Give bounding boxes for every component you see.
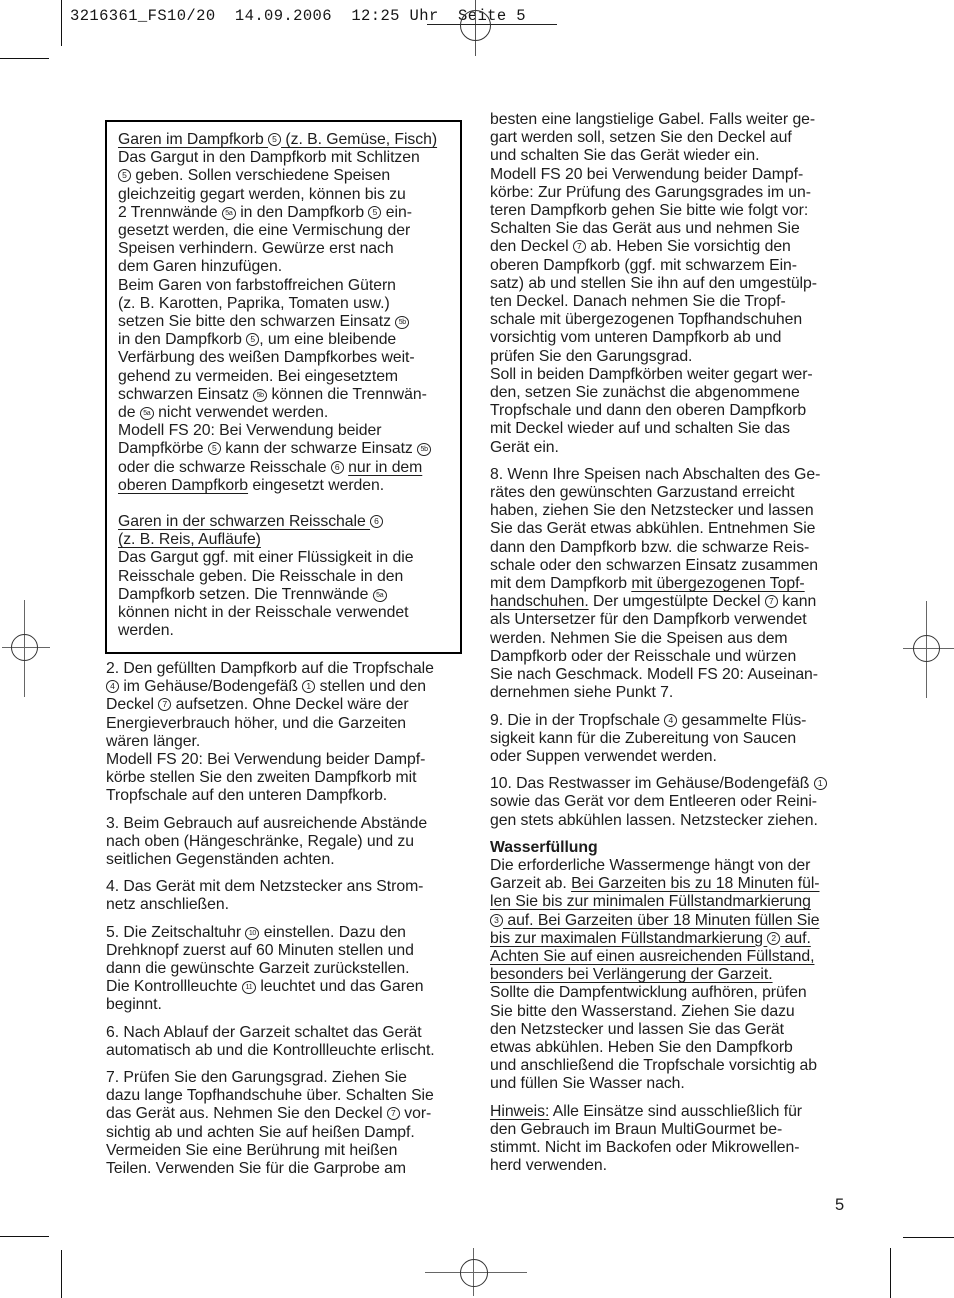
step-3: 3. Beim Gebrauch auf ausreichende Abstän… bbox=[106, 815, 478, 870]
step-2: 2. Den gefüllten Dampfkorb auf die Tropf… bbox=[106, 660, 478, 806]
text-segment: Achten Sie auf einen ausreichenden Fülls… bbox=[490, 948, 814, 965]
text-segment: Sollte die Dampfentwicklung aufhören, pr… bbox=[490, 984, 807, 1001]
text-segment: Sie das Gerät etwas abkühlen. Entnehmen … bbox=[490, 520, 815, 537]
text-segment: Soll in beiden Dampfkörben weiter gegart… bbox=[490, 366, 813, 383]
step-7-continuation: besten eine langstielige Gabel. Falls we… bbox=[490, 111, 868, 457]
text-segment: besonders bei Verlängerung der Garzeit. bbox=[490, 966, 773, 983]
ref-marker-6-icon: 6 bbox=[331, 461, 344, 474]
text-segment: körbe stellen Sie den zweiten Dampfkorb … bbox=[106, 769, 416, 786]
box-section-dampfkorb: Garen im Dampfkorb 5 (z. B. Gemüse, Fisc… bbox=[118, 131, 449, 495]
text-segment: werden. bbox=[118, 622, 174, 639]
text-segment: automatisch ab und die Kontrollleuchte e… bbox=[106, 1042, 435, 1059]
text-segment: len Sie bis zur minimalen Füllstandmarki… bbox=[490, 893, 811, 910]
text-segment: vorsichtig vom unteren Dampfkorb ab und bbox=[490, 329, 781, 346]
text-segment: Dampfkörbe bbox=[118, 440, 208, 457]
text-segment: sigkeit kann für die Zubereitung von Sau… bbox=[490, 730, 796, 747]
text-segment: Sie nach Geschmack. Modell FS 20: Ausein… bbox=[490, 666, 818, 683]
text-segment: besten eine langstielige Gabel. Falls we… bbox=[490, 111, 815, 128]
step-6: 6. Nach Ablauf der Garzeit schaltet das … bbox=[106, 1024, 478, 1060]
text-segment: ab. Heben Sie vorsichtig den bbox=[586, 238, 791, 255]
text-segment: gart werden soll, setzen Sie den Deckel … bbox=[490, 129, 792, 146]
registration-circle-right-icon bbox=[913, 635, 940, 662]
text-segment: oder Suppen verwendet werden. bbox=[490, 748, 717, 765]
text-segment: Tropfschale und dann den oberen Dampfkor… bbox=[490, 402, 806, 419]
text-segment: mit dem Dampfkorb bbox=[490, 575, 631, 592]
text-segment: Garen in der schwarzen Reisschale bbox=[118, 513, 370, 530]
step-8: 8. Wenn Ihre Speisen nach Abschalten des… bbox=[490, 466, 868, 703]
text-segment: (z. B. Gemüse, Fisch) bbox=[281, 131, 437, 148]
text-segment: seitlichen Gegenständen achten. bbox=[106, 851, 335, 868]
text-segment: das Gerät aus. Nehmen Sie den Deckel bbox=[106, 1105, 387, 1122]
ref-marker-5-icon: 5 bbox=[368, 206, 381, 219]
text-segment: Die erforderliche Wassermenge hängt von … bbox=[490, 857, 810, 874]
text-segment: können nicht in der Reisschale verwendet bbox=[118, 604, 408, 621]
text-segment: rätes den gewünschten Garzustand erreich… bbox=[490, 484, 794, 501]
text-segment: Alle Einsätze sind ausschließlich für bbox=[549, 1103, 802, 1120]
registration-mark-top-horizontal bbox=[427, 24, 557, 25]
registration-circle-bottom-icon bbox=[460, 1259, 488, 1287]
text-segment: 2 Trennwände bbox=[118, 204, 222, 221]
text-segment: Sie bitte den Wasserstand. Ziehen Sie da… bbox=[490, 1003, 795, 1020]
text-segment: kann der schwarze Einsatz bbox=[221, 440, 417, 457]
text-segment: körbe: Zur Prüfung des Garungsgrades im … bbox=[490, 184, 811, 201]
text-segment: gleichzeitig gegart werden, können bis z… bbox=[118, 186, 406, 203]
text-segment: Der umgestülpte Deckel bbox=[589, 593, 765, 610]
text-segment: den Gebrauch im Braun MultiGourmet be- bbox=[490, 1121, 782, 1138]
text-segment: Garen im Dampfkorb bbox=[118, 131, 268, 148]
text-segment: Die Kontrollleuchte bbox=[106, 978, 242, 995]
text-segment: Schalten Sie das Gerät aus und nehmen Si… bbox=[490, 220, 800, 237]
text-segment: leuchtet und das Garen bbox=[256, 978, 423, 995]
text-segment: ten Deckel. Danach nehmen Sie die Tropf- bbox=[490, 293, 786, 310]
text-segment: 7. Prüfen Sie den Garungsgrad. Ziehen Si… bbox=[106, 1069, 407, 1086]
text-segment: nach oben (Hängeschränke, Regale) und zu bbox=[106, 833, 414, 850]
text-segment: 5. Die Zeitschaltuhr bbox=[106, 924, 245, 941]
text-segment: Dampfkorb setzen. Die Trennwände bbox=[118, 586, 373, 603]
text-segment: Drehknopf zuerst auf 60 Minuten stellen … bbox=[106, 942, 414, 959]
text-segment: teren Dampfkorb gehen Sie bitte wie folg… bbox=[490, 202, 808, 219]
text-segment: handschuhen. bbox=[490, 593, 589, 610]
text-segment: in den Dampfkorb bbox=[118, 331, 246, 348]
text-segment: Speisen verhindern. Gewürze erst nach bbox=[118, 240, 394, 257]
manual-page: 3216361_FS10/20 14.09.2006 12:25 Uhr Sei… bbox=[0, 0, 954, 1298]
ref-marker-5b-icon: 5b bbox=[417, 443, 431, 456]
step-7: 7. Prüfen Sie den Garungsgrad. Ziehen Si… bbox=[106, 1069, 478, 1178]
text-segment: auf. Bei Garzeiten über 18 Minuten fülle… bbox=[503, 912, 819, 929]
text-segment: (z. B. Karotten, Paprika, Tomaten usw.) bbox=[118, 295, 390, 312]
proof-header: 3216361_FS10/20 14.09.2006 12:25 Uhr Sei… bbox=[70, 7, 526, 25]
text-segment: und schalten Sie das Gerät wieder ein. bbox=[490, 147, 759, 164]
text-segment: stimmt. Nicht im Backofen oder Mikrowell… bbox=[490, 1139, 799, 1156]
text-segment: Beim Garen von farbstoffreichen Gütern bbox=[118, 277, 396, 294]
box-section-reisschale: Garen in der schwarzen Reisschale 6(z. B… bbox=[118, 513, 449, 640]
text-segment: aufsetzen. Ohne Deckel wäre der bbox=[171, 696, 408, 713]
text-segment: Verfärbung des weißen Dampfkorbes weit- bbox=[118, 349, 415, 366]
text-segment: und anschließend die Tropfschale vorsich… bbox=[490, 1057, 817, 1074]
text-segment: Modell FS 20: Bei Verwendung beider Damp… bbox=[106, 751, 425, 768]
text-segment: Hinweis: bbox=[490, 1103, 549, 1120]
ref-marker-5-icon: 5 bbox=[118, 169, 131, 182]
text-segment: einstellen. Dazu den bbox=[259, 924, 405, 941]
ref-marker-4-icon: 4 bbox=[664, 714, 677, 727]
step-9: 9. Die in der Tropfschale 4 gesammelte F… bbox=[490, 712, 868, 767]
text-segment: dem Garen hinzufügen. bbox=[118, 258, 282, 275]
text-segment: 8. Wenn Ihre Speisen nach Abschalten des… bbox=[490, 466, 820, 483]
text-segment: mit übergezogenen Topf- bbox=[631, 575, 804, 592]
text-segment: dernehmen siehe Punkt 7. bbox=[490, 684, 673, 701]
registration-circle-left-icon bbox=[11, 634, 38, 661]
text-segment: stellen und den bbox=[315, 678, 426, 695]
text-segment: den Deckel bbox=[490, 238, 573, 255]
text-segment: beginnt. bbox=[106, 996, 162, 1013]
text-segment: prüfen Sie den Garungsgrad. bbox=[490, 348, 692, 365]
text-segment: gesammelte Flüs- bbox=[677, 712, 806, 729]
ref-marker-5a-icon: 5a bbox=[373, 589, 387, 602]
text-segment: Das Gargut in den Dampfkorb mit Schlitze… bbox=[118, 149, 420, 166]
ref-marker-5a-icon: 5a bbox=[140, 407, 154, 420]
text-segment: de bbox=[118, 404, 140, 421]
ref-marker-5b-icon: 5b bbox=[253, 389, 267, 402]
text-segment: kann bbox=[778, 593, 816, 610]
text-segment: gen stets abkühlen lassen. Netzstecker z… bbox=[490, 812, 818, 829]
text-segment: schale oder den schwarzen Einsatz zusamm… bbox=[490, 557, 818, 574]
text-segment: dann den Dampfkorb bzw. die schwarze Rei… bbox=[490, 539, 809, 556]
text-segment: Wasserfüllung bbox=[490, 839, 598, 856]
text-segment: 9. Die in der Tropfschale bbox=[490, 712, 664, 729]
section-wasserfuellung: WasserfüllungDie erforderliche Wassermen… bbox=[490, 839, 868, 1094]
page-number: 5 bbox=[835, 1196, 844, 1215]
text-segment: Teilen. Verwenden Sie für die Garprobe a… bbox=[106, 1160, 406, 1177]
ref-marker-4-icon: 4 bbox=[106, 680, 119, 693]
crop-mark-bottom-right-horizontal bbox=[903, 1237, 954, 1238]
text-segment: (z. B. Reis, Aufläufe) bbox=[118, 531, 261, 548]
text-segment: Deckel bbox=[106, 696, 158, 713]
ref-marker-7-icon: 7 bbox=[573, 240, 586, 253]
text-segment: Modell FS 20: Bei Verwendung beider bbox=[118, 422, 381, 439]
text-segment: gehend zu vermeiden. Bei eingesetztem bbox=[118, 368, 398, 385]
text-segment: Garzeit ab. bbox=[490, 875, 571, 892]
text-segment: oder die schwarze Reisschale bbox=[118, 459, 331, 476]
text-segment: dazu lange Topfhandschuhe über. Schalten… bbox=[106, 1087, 434, 1104]
ref-marker-5-icon: 5 bbox=[268, 133, 281, 146]
text-segment: 6. Nach Ablauf der Garzeit schaltet das … bbox=[106, 1024, 422, 1041]
ref-marker-5-icon: 5 bbox=[246, 333, 259, 346]
text-segment: geben. Sollen verschiedene Speisen bbox=[131, 167, 390, 184]
text-segment: eingesetzt werden. bbox=[248, 477, 384, 494]
text-segment: den, setzen Sie zunächst die abgenommene bbox=[490, 384, 800, 401]
text-segment: als Untersetzer für den Dampfkorb verwen… bbox=[490, 611, 807, 628]
crop-mark-bottom-left-vertical bbox=[61, 1250, 62, 1298]
text-segment: schwarzen Einsatz bbox=[118, 386, 253, 403]
text-segment: Dampfkorb oder der Reisschale und würzen bbox=[490, 648, 796, 665]
text-segment: 2. Den gefüllten Dampfkorb auf die Tropf… bbox=[106, 660, 434, 677]
text-segment: Bei Garzeiten bis zu 18 Minuten fül- bbox=[571, 875, 819, 892]
text-segment: dann die gewünschte Garzeit zurückstelle… bbox=[106, 960, 409, 977]
ref-marker-6-icon: 6 bbox=[370, 515, 383, 528]
ref-marker-5a-icon: 5a bbox=[222, 207, 236, 220]
text-segment: Gerät ein. bbox=[490, 439, 559, 456]
text-segment: vor- bbox=[400, 1105, 431, 1122]
text-segment: nur in dem bbox=[348, 459, 422, 476]
text-segment: auf. bbox=[780, 930, 811, 947]
ref-marker-2-icon: 2 bbox=[767, 932, 780, 945]
text-segment: herd verwenden. bbox=[490, 1157, 607, 1174]
text-segment: haben, ziehen Sie den Netzstecker und la… bbox=[490, 502, 814, 519]
ref-marker-1-icon: 1 bbox=[302, 680, 315, 693]
step-5: 5. Die Zeitschaltuhr 10 einstellen. Dazu… bbox=[106, 924, 478, 1015]
text-segment: den Netzstecker und lassen Sie das Gerät bbox=[490, 1021, 784, 1038]
ref-marker-7-icon: 7 bbox=[765, 595, 778, 608]
ref-marker-7-icon: 7 bbox=[158, 698, 171, 711]
text-segment: mit Deckel wieder auf und schalten Sie d… bbox=[490, 420, 790, 437]
text-segment: gesetzt werden, die eine Vermischung der bbox=[118, 222, 410, 239]
ref-marker-7-icon: 7 bbox=[387, 1107, 400, 1120]
text-segment: 3. Beim Gebrauch auf ausreichende Abstän… bbox=[106, 815, 427, 832]
text-segment: im Gehäuse/Bodengefäß bbox=[119, 678, 302, 695]
text-segment: , um eine bleibende bbox=[259, 331, 396, 348]
text-segment: setzen Sie bitte den schwarzen Einsatz bbox=[118, 313, 395, 330]
ref-marker-10-icon: 10 bbox=[245, 927, 259, 940]
text-segment: 4. Das Gerät mit dem Netzstecker ans Str… bbox=[106, 878, 423, 895]
text-segment: werden. Nehmen Sie die Speisen aus dem bbox=[490, 630, 788, 647]
crop-mark-top-left-vertical bbox=[61, 0, 62, 46]
ref-marker-5-icon: 5 bbox=[208, 442, 221, 455]
ref-marker-5b-icon: 5b bbox=[395, 316, 409, 329]
crop-mark-bottom-left-horizontal bbox=[0, 1236, 49, 1237]
ref-marker-1-icon: 1 bbox=[814, 777, 827, 790]
crop-mark-bottom-right-vertical bbox=[890, 1248, 891, 1298]
step-4: 4. Das Gerät mit dem Netzstecker ans Str… bbox=[106, 878, 478, 914]
note-hinweis: Hinweis: Alle Einsätze sind ausschließli… bbox=[490, 1103, 868, 1176]
right-column: besten eine langstielige Gabel. Falls we… bbox=[490, 111, 868, 1175]
text-segment: bis zur maximalen Füllstandmarkierung bbox=[490, 930, 767, 947]
text-segment: ein- bbox=[381, 204, 411, 221]
text-segment: etwas abkühlen. Heben Sie den Dampfkorb bbox=[490, 1039, 793, 1056]
text-segment: satz) ab und stellen Sie ihn auf den umg… bbox=[490, 275, 817, 292]
text-segment: wären länger. bbox=[106, 733, 200, 750]
text-segment: oberen Dampfkorb (ggf. mit schwarzem Ein… bbox=[490, 257, 797, 274]
text-segment: sichtig ab und achten Sie auf heißen Dam… bbox=[106, 1124, 415, 1141]
text-segment: sowie das Gerät vor dem Entleeren oder R… bbox=[490, 793, 817, 810]
registration-circle-top-icon bbox=[460, 10, 491, 41]
left-column: 2. Den gefüllten Dampfkorb auf die Tropf… bbox=[106, 660, 478, 1178]
text-segment: Das Gargut ggf. mit einer Flüssigkeit in… bbox=[118, 549, 413, 566]
text-segment: Energieverbrauch höher, und die Garzeite… bbox=[106, 715, 406, 732]
text-segment: nicht verwendet werden. bbox=[154, 404, 328, 421]
ref-marker-11-icon: 11 bbox=[242, 981, 256, 994]
text-segment: Modell FS 20 bei Verwendung beider Dampf… bbox=[490, 166, 803, 183]
ref-marker-3-icon: 3 bbox=[490, 914, 503, 927]
text-segment: schale mit übergezogenen Topfhandschuhen bbox=[490, 311, 802, 328]
text-segment: und füllen Sie Wasser nach. bbox=[490, 1075, 685, 1092]
text-segment: Reisschale geben. Die Reisschale in den bbox=[118, 568, 403, 585]
text-segment: Tropfschale auf den unteren Dampfkorb. bbox=[106, 787, 387, 804]
text-segment: 10. Das Restwasser im Gehäuse/Bodengefäß bbox=[490, 775, 814, 792]
instruction-box: Garen im Dampfkorb 5 (z. B. Gemüse, Fisc… bbox=[105, 120, 462, 654]
text-segment: können die Trennwän- bbox=[267, 386, 427, 403]
text-segment: Vermeiden Sie eine Berührung mit heißen bbox=[106, 1142, 397, 1159]
text-segment: oberen Dampfkorb bbox=[118, 477, 248, 494]
step-10: 10. Das Restwasser im Gehäuse/Bodengefäß… bbox=[490, 775, 868, 830]
text-segment: in den Dampfkorb bbox=[236, 204, 369, 221]
crop-mark-top-left-horizontal bbox=[0, 58, 49, 59]
text-segment: netz anschließen. bbox=[106, 896, 229, 913]
